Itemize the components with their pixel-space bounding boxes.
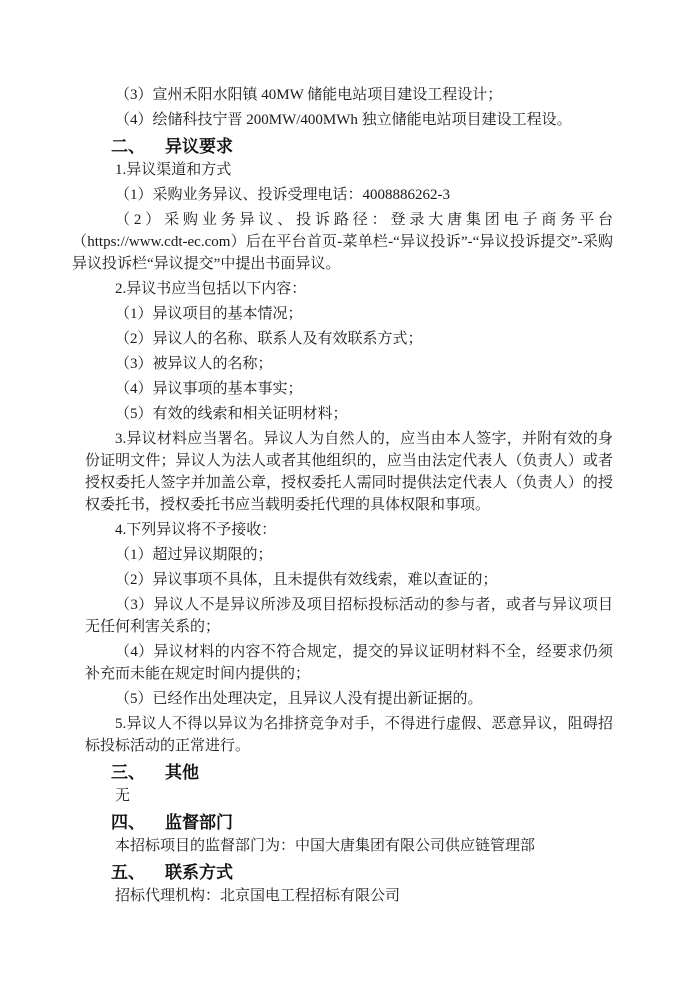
section-heading-supervision-department: 四、监督部门 <box>85 810 613 835</box>
list-item-basic-info: （1）异议项目的基本情况； <box>85 303 613 325</box>
section-heading-other: 三、其他 <box>85 760 613 785</box>
section-number: 二、 <box>111 137 145 156</box>
platform-url: （https://www.cdt-ec.com） <box>72 234 246 250</box>
list-item-evidence: （5）有效的线索和相关证明材料； <box>85 403 613 425</box>
document-page: （3）宣州禾阳水阳镇 40MW 储能电站项目建设工程设计； （4）绘储科技宁晋 … <box>85 84 613 910</box>
paragraph-signature-requirements: 3.异议材料应当署名。异议人为自然人的，应当由本人签字，并附有效的身份证明文件；… <box>85 428 613 516</box>
paragraph-supervision-department: 本招标项目的监督部门为：中国大唐集团有限公司供应链管理部 <box>85 835 613 857</box>
list-item-basic-facts: （4）异议事项的基本事实； <box>85 378 613 400</box>
objection-path-text: （2）采购业务异议、投诉路径：登录大唐集团电子商务平台 <box>115 212 613 228</box>
paragraph-other-none: 无 <box>85 785 613 807</box>
section-heading-contact-info: 五、联系方式 <box>85 860 613 885</box>
section-number: 三、 <box>111 763 145 782</box>
section-title: 其他 <box>165 763 199 782</box>
paragraph-objection-channels: 1.异议渠道和方式 <box>85 159 613 181</box>
list-item-project-4: （4）绘储科技宁晋 200MW/400MWh 独立储能电站项目建设工程设。 <box>85 109 613 131</box>
paragraph-bidding-agency: 招标代理机构：北京国电工程招标有限公司 <box>85 885 613 907</box>
list-item-not-participant: （3）异议人不是异议所涉及项目招标投标活动的参与者，或者与异议项目无任何利害关系… <box>85 594 613 638</box>
section-number: 四、 <box>111 813 145 832</box>
paragraph-rejection-list-intro: 4.下列异议将不予接收： <box>85 519 613 541</box>
paragraph-objection-hotline: （1）采购业务异议、投诉受理电话：4008886262-3 <box>85 184 613 206</box>
list-item-already-decided: （5）已经作出处理决定，且异议人没有提出新证据的。 <box>85 688 613 710</box>
paragraph-objection-path: （2）采购业务异议、投诉路径：登录大唐集团电子商务平台（https://www.… <box>72 209 613 275</box>
paragraph-objection-letter-contents: 2.异议书应当包括以下内容： <box>85 278 613 300</box>
list-item-incomplete-materials: （4）异议材料的内容不符合规定，提交的异议证明材料不全，经要求仍须补充而未能在规… <box>85 641 613 685</box>
section-heading-objection-requirements: 二、异议要求 <box>85 134 613 159</box>
list-item-objectee-name: （3）被异议人的名称； <box>85 353 613 375</box>
section-title: 监督部门 <box>165 813 233 832</box>
list-item-project-3: （3）宣州禾阳水阳镇 40MW 储能电站项目建设工程设计； <box>85 84 613 106</box>
paragraph-no-malicious-objection: 5.异议人不得以异议为名排挤竞争对手，不得进行虚假、恶意异议，阻碍招标投标活动的… <box>85 713 613 757</box>
section-title: 异议要求 <box>165 137 233 156</box>
list-item-objector-name: （2）异议人的名称、联系人及有效联系方式； <box>85 328 613 350</box>
list-item-not-specific: （2）异议事项不具体，且未提供有效线索，难以查证的； <box>85 569 613 591</box>
section-title: 联系方式 <box>165 863 233 882</box>
list-item-overdue: （1）超过异议期限的； <box>85 544 613 566</box>
section-number: 五、 <box>111 863 145 882</box>
